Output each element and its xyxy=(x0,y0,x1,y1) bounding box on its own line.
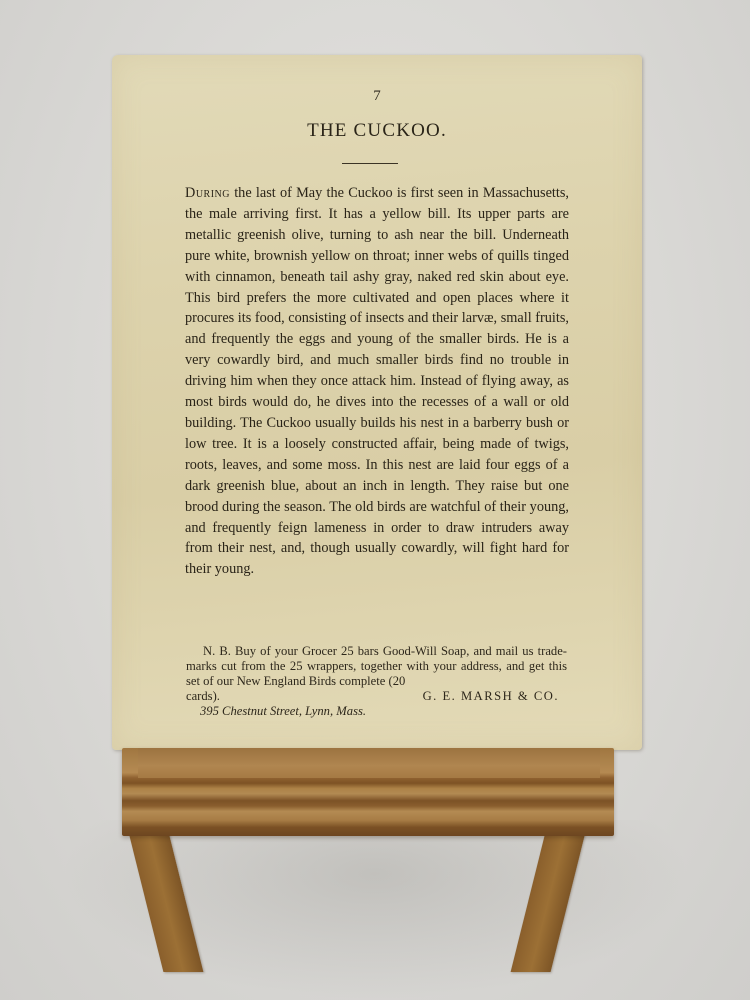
body-lead-word: During xyxy=(185,185,230,201)
advertisement-footer: N. B. Buy of your Grocer 25 bars Good-Wi… xyxy=(186,644,567,719)
easel-ledge-top xyxy=(138,748,600,778)
card-body-text: During the last of May the Cuckoo is fir… xyxy=(185,183,569,580)
company-signature: G. E. MARSH & CO. xyxy=(423,689,567,704)
signature-row: cards). G. E. MARSH & CO. xyxy=(186,689,567,704)
title-divider xyxy=(342,163,398,164)
trade-card: 7 THE CUCKOO. During the last of May the… xyxy=(112,55,642,750)
company-address: 395 Chestnut Street, Lynn, Mass. xyxy=(200,704,567,719)
nb-note-end: cards). xyxy=(186,689,220,704)
nb-note: N. B. Buy of your Grocer 25 bars Good-Wi… xyxy=(186,644,567,689)
page-number: 7 xyxy=(112,88,642,105)
card-title: THE CUCKOO. xyxy=(112,120,642,142)
body-paragraph: the last of May the Cuckoo is first seen… xyxy=(185,185,569,577)
